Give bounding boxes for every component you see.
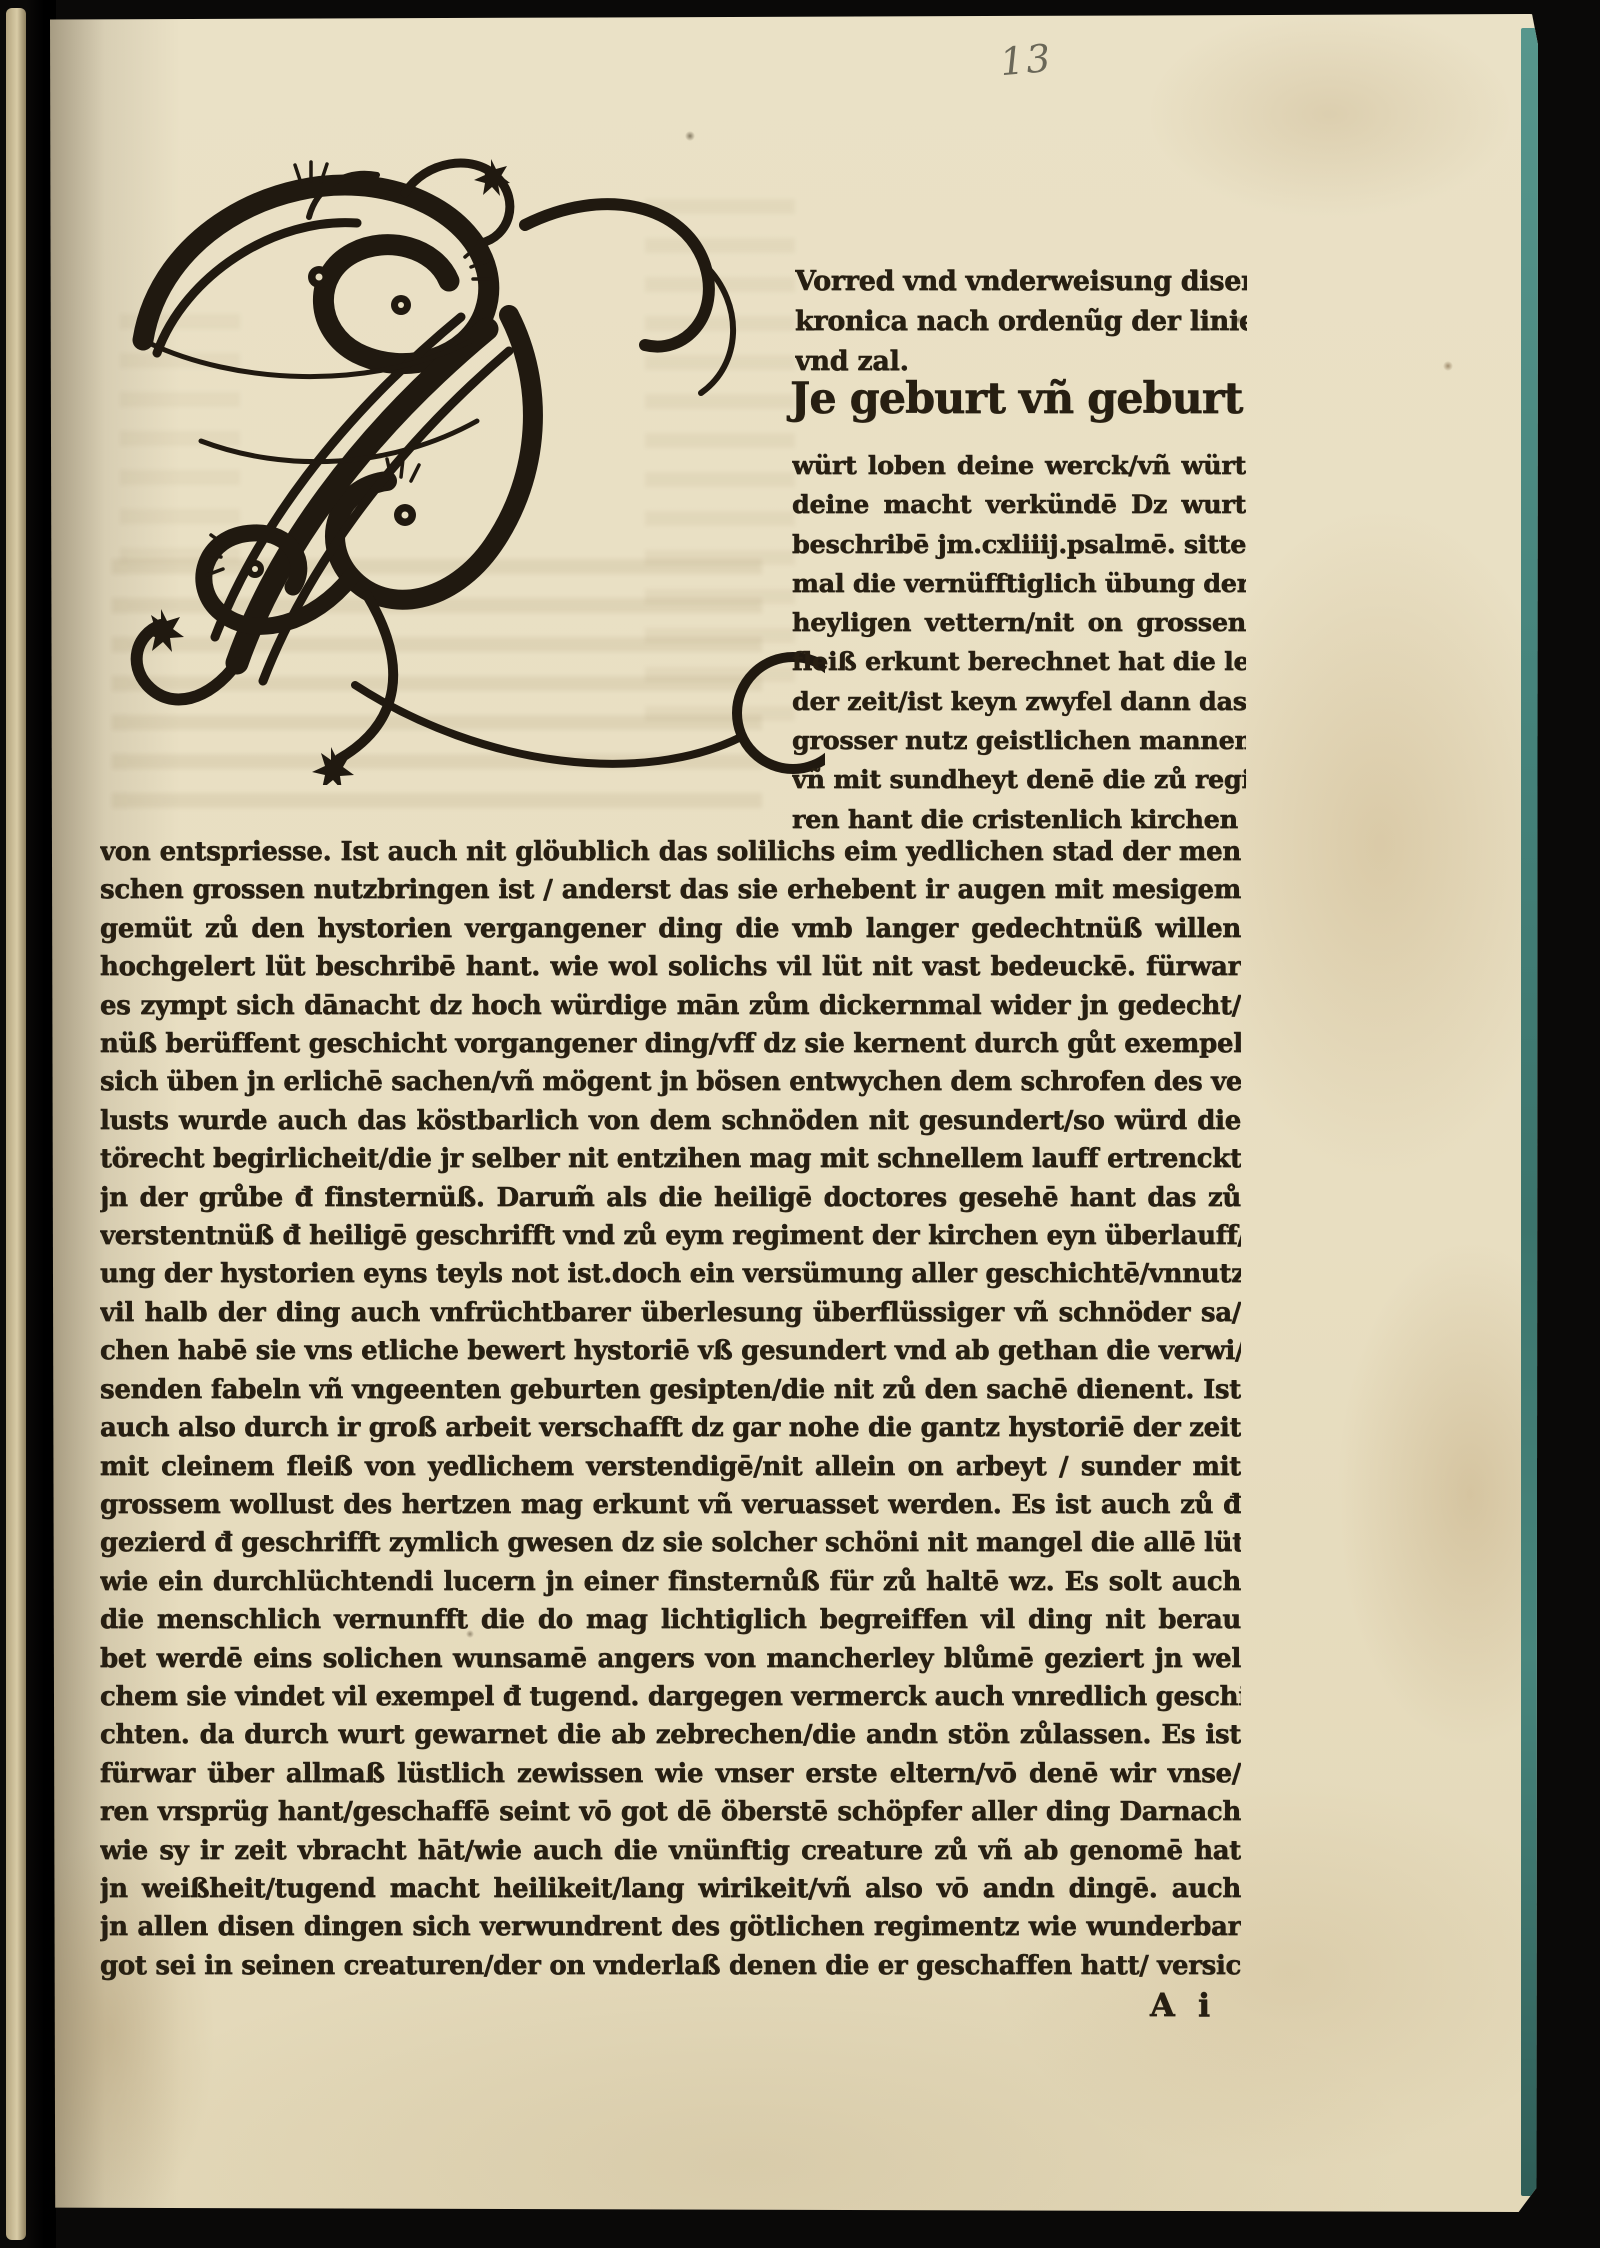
column-text-line: mal die vernüfftiglich übung der [792, 565, 1246, 604]
body-text-line: sich üben jn erlichē sachen/vñ mögent jn… [100, 1063, 1241, 1101]
colored-fore-edge [1521, 28, 1538, 2196]
book-page: 13 [50, 14, 1538, 2212]
body-text-line: nüß berüffent geschicht vorgangener ding… [100, 1025, 1241, 1063]
body-text-line: fürwar über allmaß lüstlich zewissen wie… [100, 1755, 1241, 1793]
body-text-line: es zympt sich dānacht dz hoch würdige mā… [100, 987, 1241, 1025]
body-text-line: grossem wollust des hertzen mag erkunt v… [100, 1486, 1241, 1524]
body-text-line: hochgelert lüt beschribē hant. wie wol s… [100, 948, 1241, 986]
body-text-line: bet werdē eins solichen wunsamē angers v… [100, 1640, 1241, 1678]
body-text-line: wie sy ir zeit vbracht hāt/wie auch die … [100, 1832, 1241, 1870]
incipit-heading: Je geburt vñ geburt [790, 374, 1246, 424]
body-text-line: vil halb der ding auch vnfrüchtbarer übe… [100, 1294, 1241, 1332]
scanned-book-photo: 13 [0, 0, 1600, 2248]
body-text-line: jn der grůbe đ finsternüß. Darum̃ als di… [100, 1179, 1241, 1217]
column-text-line: würt loben deine werck/vñ würt [792, 447, 1246, 486]
handwritten-folio-number: 13 [998, 36, 1054, 84]
body-text-line: jn allen disen dingen sich verwundrent d… [100, 1908, 1241, 1946]
body-text-line: gemüt zů den hystorien vergangener ding … [100, 910, 1241, 948]
body-text-line: lusts wurde auch das köstbarlich von dem… [100, 1102, 1241, 1140]
adjacent-page-edge [6, 8, 26, 2240]
column-text-line: vñ mit sundheyt denē die zů regie [792, 761, 1246, 800]
woodcut-initial-artwork [105, 125, 825, 785]
column-text-line: beschribē jm.cxliiij.psalmē. sitte [792, 526, 1246, 565]
column-text-line: deine macht verkündē Dz wurt [792, 486, 1246, 525]
column-text-line: grosser nutz geistlichen mannen/ [792, 722, 1246, 761]
body-text-line: ren vrsprüg hant/geschaffē seint vō got … [100, 1793, 1241, 1831]
body-text-line: schen grossen nutzbringen ist / anderst … [100, 871, 1241, 909]
body-text-line: ung der hystorien eyns teyls not ist.doc… [100, 1255, 1241, 1293]
body-text-line: von entspriesse. Ist auch nit glöublich … [100, 833, 1241, 871]
column-text-line: der zeit/ist keyn zwyfel dann das [792, 683, 1246, 722]
main-text-block: von entspriesse. Ist auch nit glöublich … [100, 833, 1241, 1985]
body-text-line: mit cleinem fleiß von yedlichem verstend… [100, 1448, 1241, 1486]
rubric-line: Vorred vnd vnderweisung diser [795, 262, 1247, 302]
body-text-line: got sei in seinen creaturen/der on vnder… [100, 1947, 1241, 1985]
column-text-line: fleiß erkunt berechnet hat die leuff [792, 643, 1246, 682]
body-text-line: gezierd đ geschrifft zymlich gwesen dz s… [100, 1524, 1241, 1562]
body-text-line: jn weißheit/tugend macht heilikeit/lang … [100, 1870, 1241, 1908]
column-text-block: würt loben deine werck/vñ würtdeine mach… [792, 447, 1246, 840]
column-text-line: heyligen vettern/nit on grossen [792, 604, 1246, 643]
body-text-line: chen habē sie vns etliche bewert hystori… [100, 1332, 1241, 1370]
body-text-line: chten. da durch wurt gewarnet die ab zeb… [100, 1716, 1241, 1754]
signature-mark: A i [1150, 1986, 1216, 2024]
rubric-line: kronica nach ordenũg der linien [795, 302, 1247, 342]
rubric-heading: Vorred vnd vnderweisung diserkronica nac… [795, 262, 1247, 382]
body-text-line: törecht begirlicheit/die jr selber nit e… [100, 1140, 1241, 1178]
body-text-line: senden fabeln vñ vngeenten geburten gesi… [100, 1371, 1241, 1409]
body-text-line: chem sie vindet vil exempel đ tugend. da… [100, 1678, 1241, 1716]
body-text-line: die menschlich vernunfft die do mag lich… [100, 1601, 1241, 1639]
body-text-line: wie ein durchlüchtendi lucern jn einer f… [100, 1563, 1241, 1601]
body-text-line: verstentnüß đ heiligē geschrifft vnd zů … [100, 1217, 1241, 1255]
body-text-line: auch also durch ir groß arbeit verschaff… [100, 1409, 1241, 1447]
